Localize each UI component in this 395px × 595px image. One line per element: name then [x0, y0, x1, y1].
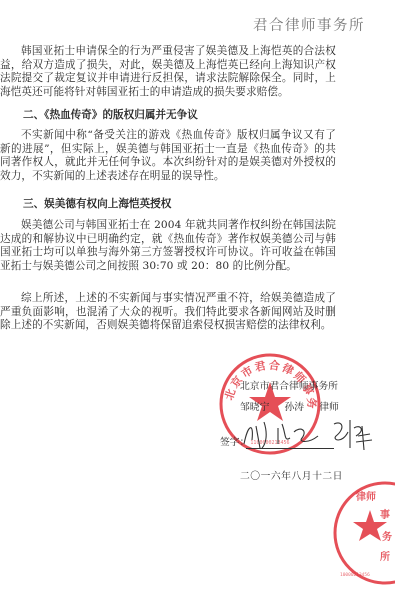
signature-line [246, 448, 334, 449]
section-heading-2: 二、《热血传奇》的版权归属并无争议 [23, 107, 198, 122]
partial-seal-stamp: 律师 事 务 所 10000213456 [330, 478, 395, 588]
paragraph-license: 娱美德公司与韩国亚拓士在 2004 年就共同著作权纠纷在韩国法院达成的和解协议中… [0, 219, 336, 273]
paragraph-copyright: 不实新闻中称“备受关注的游戏《热血传奇》版权归属争议又有了新的进展”，但实际上，… [0, 129, 336, 183]
letterhead: 君合律师事务所 [253, 14, 365, 35]
section-heading-3: 三、娱美德有权向上海恺英授权 [23, 196, 171, 211]
svg-text:律师: 律师 [355, 490, 376, 503]
document-date: 二〇一六年八月十二日 [240, 468, 343, 482]
svg-text:务: 务 [382, 530, 392, 543]
paragraph-preservation: 韩国亚拓士申请保全的行为严重侵害了娱美德及上海恺英的合法权益，给双方造成了损失，… [0, 45, 336, 99]
firm-name: 北京市君合律师事务所 [240, 378, 338, 392]
svg-text:事: 事 [380, 508, 390, 521]
svg-text:所: 所 [380, 550, 390, 563]
signature-label: 签字： [220, 434, 249, 448]
svg-text:10000213456: 10000213456 [340, 572, 370, 578]
svg-text:1100000213456: 1100000213456 [250, 440, 289, 446]
lawyer-names: 邹晓宁 孙涛 律师 [240, 399, 339, 413]
paragraph-conclusion: 综上所述，上述的不实新闻与事实情况严重不符，给娱美德造成了严重负面影响，也混淆了… [0, 292, 336, 333]
document-page: 君合律师事务所 韩国亚拓士申请保全的行为严重侵害了娱美德及上海恺英的合法权益，给… [0, 0, 395, 595]
